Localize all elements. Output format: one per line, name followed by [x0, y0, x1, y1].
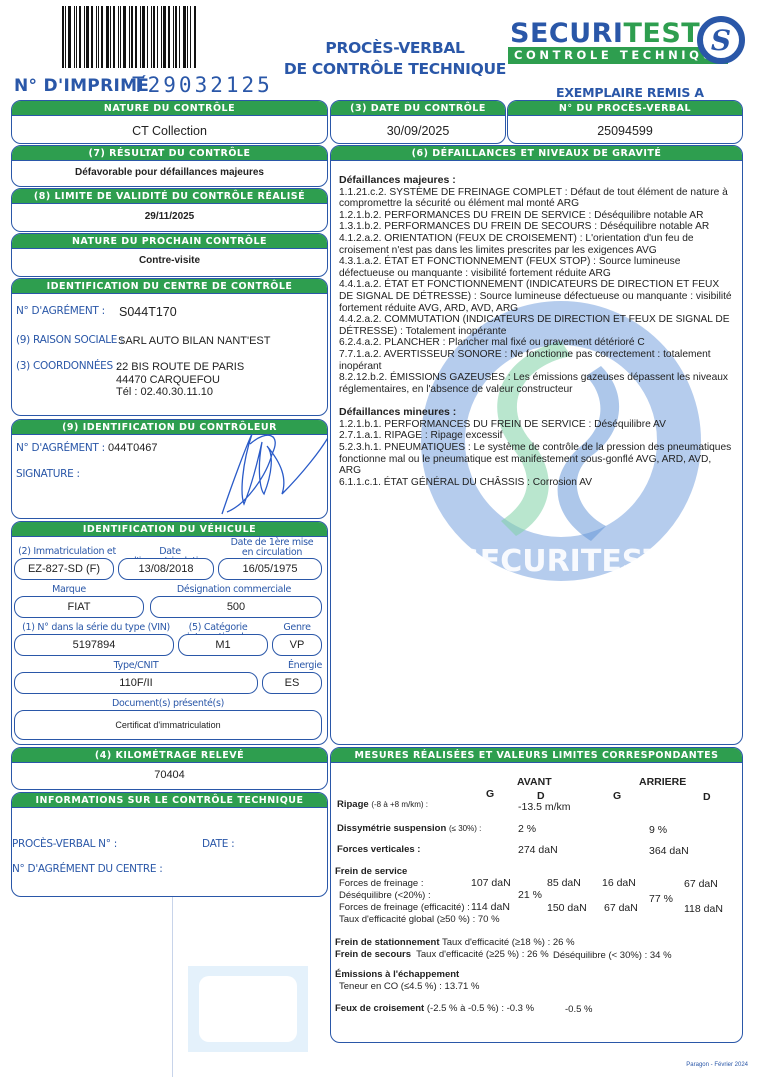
vin-label: (1) N° dans la série du type (VIN) — [12, 623, 180, 633]
signature-label: SIGNATURE : — [16, 468, 80, 480]
defaillances-list: Défaillances majeures : 1.1.21.c.2. SYST… — [331, 161, 742, 488]
coordonnees-value: 22 BIS ROUTE DE PARIS 44470 CARQUEFOU Té… — [116, 361, 244, 399]
secours-deseq: Déséquilibre (< 30%) : 34 % — [553, 950, 672, 961]
genre-field: VP — [272, 634, 322, 656]
section-header: (3) DATE DU CONTRÔLE — [331, 101, 505, 116]
defaillance-item: 4.4.1.a.2. ÉTAT ET FONCTIONNEMENT (INDIC… — [339, 279, 734, 314]
prochain-controle-box: NATURE DU PROCHAIN CONTRÔLE Contre-visit… — [11, 233, 328, 277]
logo-s-icon: S — [697, 16, 745, 64]
type-field: 110F/II — [14, 672, 258, 694]
svg-text:SECURITEST: SECURITEST — [458, 544, 664, 579]
raison-sociale-label: (9) RAISON SOCIALE : — [16, 334, 123, 346]
section-header: IDENTIFICATION DU CENTRE DE CONTRÔLE — [12, 279, 327, 294]
section-header: (7) RÉSULTAT DU CONTRÔLE — [12, 146, 327, 161]
designation-label: Désignation commerciale — [148, 585, 320, 595]
deseq-av: 21 % — [518, 889, 542, 901]
num-pv-value: 25094599 — [508, 116, 742, 138]
marque-field: FIAT — [14, 596, 144, 618]
arriere-header: ARRIERE — [639, 776, 686, 788]
coordonnees-label: (3) COORDONNÉES : — [16, 360, 119, 372]
mesures-box: MESURES RÉALISÉES ET VALEURS LIMITES COR… — [330, 747, 743, 1043]
date-mise-field: 16/05/1975 — [218, 558, 322, 580]
forces-vert-ar: 364 daN — [649, 845, 689, 857]
majeures-title: Défaillances majeures : — [339, 175, 734, 187]
defaillance-item: 5.2.3.h.1. PNEUMATIQUES : Le système de … — [339, 442, 734, 477]
fe-ard: 118 daN — [684, 903, 723, 915]
securitest-logo: SECURITEST — [510, 18, 700, 49]
date-controle-value: 30/09/2025 — [331, 116, 505, 138]
g-header-av: G — [486, 788, 494, 800]
defaillance-item: 2.7.1.a.1. RIPAGE : Ripage excessif — [339, 430, 734, 442]
stamp-area — [188, 966, 308, 1052]
section-header: (4) KILOMÉTRAGE RELEVÉ — [12, 748, 327, 763]
divider — [172, 897, 173, 1077]
documents-label: Document(s) présenté(s) — [14, 699, 322, 709]
mineures-title: Défaillances mineures : — [339, 407, 734, 419]
feux-value2: -0.5 % — [565, 1004, 592, 1015]
type-label: Type/CNIT — [14, 661, 258, 671]
resultat-value: Défavorable pour défaillances majeures — [12, 161, 327, 178]
mineures-list: 1.2.1.b.1. PERFORMANCES DU FREIN DE SERV… — [339, 419, 734, 489]
categorie-field: M1 — [178, 634, 268, 656]
designation-field: 500 — [150, 596, 322, 618]
date-label: DATE : — [202, 838, 234, 850]
ff-ard: 67 daN — [684, 878, 718, 890]
desequilibre-label: Déséquilibre (<20%) : — [339, 890, 431, 901]
section-header: N° DU PROCÈS-VERBAL — [508, 101, 742, 116]
logo-tagline: CONTROLE TECHNIQUE — [508, 47, 728, 64]
section-header: NATURE DU CONTRÔLE — [12, 101, 327, 116]
nature-controle-value: CT Collection — [12, 116, 327, 138]
defaillances-box: (6) DÉFAILLANCES ET NIVEAUX DE GRAVITÉ S… — [330, 145, 743, 745]
footer-text: Paragon - Février 2024 — [686, 1062, 748, 1068]
feux-row: Feux de croisement (-2.5 % à -0.5 %) : -… — [335, 1003, 534, 1014]
agrement-centre-label: N° D'AGRÉMENT DU CENTRE : — [12, 863, 162, 875]
section-header: (6) DÉFAILLANCES ET NIVEAUX DE GRAVITÉ — [331, 146, 742, 161]
immat-field: EZ-827-SD (F) — [14, 558, 114, 580]
avant-header: AVANT — [517, 776, 552, 788]
forces-freinage-label: Forces de freinage : — [339, 878, 424, 889]
co-value: Teneur en CO (≤4.5 %) : 13.71 % — [339, 981, 479, 992]
info-defavorable-box: INFORMATIONS SUR LE CONTRÔLE TECHNIQUE D… — [11, 792, 328, 897]
defaillance-item: 4.4.2.a.2. COMMUTATION (INDICATEURS DE D… — [339, 314, 734, 337]
imprime-number: T29032125 — [132, 73, 273, 97]
date-controle-box: (3) DATE DU CONTRÔLE 30/09/2025 — [330, 100, 506, 144]
dissym-row: Dissymétrie suspension (≤ 30%) : — [337, 823, 481, 834]
imprime-label: N° D'IMPRIMÉ — [14, 76, 149, 96]
documents-field: Certificat d'immatriculation — [14, 710, 322, 740]
nature-controle-box: NATURE DU CONTRÔLE CT Collection — [11, 100, 328, 144]
energie-field: ES — [262, 672, 322, 694]
vehicule-box: IDENTIFICATION DU VÉHICULE (2) Immatricu… — [11, 521, 328, 745]
secours-row: Frein de secours Taux d'efficacité (≥25 … — [335, 949, 549, 960]
defaillance-item: 4.3.1.a.2. ÉTAT ET FONCTIONNEMENT (FEUX … — [339, 256, 734, 279]
defaillance-item: 6.2.4.a.2. PLANCHER : Plancher mal fixé … — [339, 337, 734, 349]
prochain-controle-value: Contre-visite — [12, 249, 327, 266]
ripage-value: -13.5 m/km — [518, 801, 571, 813]
resultat-box: (7) RÉSULTAT DU CONTRÔLE Défavorable pou… — [11, 145, 328, 187]
genre-label: Genre — [272, 623, 322, 633]
section-header: INFORMATIONS SUR LE CONTRÔLE TECHNIQUE D… — [12, 793, 327, 808]
date-mise-label: Date de 1ère miseen circulation — [222, 538, 322, 558]
marque-label: Marque — [14, 585, 124, 595]
defaillance-item: 1.2.1.b.2. PERFORMANCES DU FREIN DE SERV… — [339, 210, 734, 222]
ripage-row: Ripage (-8 à +8 m/km) : — [337, 799, 428, 810]
section-header: MESURES RÉALISÉES ET VALEURS LIMITES COR… — [331, 748, 742, 763]
forces-eff-label: Forces de freinage (efficacité) : — [339, 902, 470, 913]
majeures-list: 1.1.21.c.2. SYSTÈME DE FREINAGE COMPLET … — [339, 187, 734, 396]
dissym-av: 2 % — [518, 823, 536, 835]
defaillance-item: 7.7.1.a.2. AVERTISSEUR SONORE : Ne fonct… — [339, 349, 734, 372]
forces-vert-label: Forces verticales : — [337, 844, 420, 855]
controleur-agrement-label: N° D'AGRÉMENT : — [16, 442, 105, 454]
signature-image — [212, 424, 328, 519]
fe-avd: 150 daN — [547, 902, 587, 914]
limite-validite-box: (8) LIMITE DE VALIDITÉ DU CONTRÔLE RÉALI… — [11, 188, 328, 232]
vin-field: 5197894 — [14, 634, 174, 656]
energie-label: Énergie — [262, 661, 322, 671]
defaillance-item: 1.2.1.b.1. PERFORMANCES DU FREIN DE SERV… — [339, 419, 734, 431]
num-pv-box: N° DU PROCÈS-VERBAL 25094599 — [507, 100, 743, 144]
frein-service-label: Frein de service — [335, 866, 407, 877]
taux-global: Taux d'efficacité global (≥50 %) : 70 % — [339, 914, 500, 925]
d-header-ar: D — [703, 791, 711, 803]
dissym-ar: 9 % — [649, 824, 667, 836]
kilometrage-box: (4) KILOMÉTRAGE RELEVÉ 70404 — [11, 747, 328, 790]
forces-vert-av: 274 daN — [518, 844, 558, 856]
defaillance-item: 6.1.1.c.1. ÉTAT GÉNÉRAL DU CHÂSSIS : Cor… — [339, 477, 734, 489]
centre-agrement-label: N° D'AGRÉMENT : — [16, 305, 105, 317]
limite-validite-value: 29/11/2025 — [12, 204, 327, 222]
ff-avg: 107 daN — [471, 877, 511, 889]
barcode — [62, 6, 200, 68]
controleur-agrement-value: 044T0467 — [108, 442, 158, 454]
ff-avd: 85 daN — [547, 877, 581, 889]
document-title: PROCÈS-VERBAL DE CONTRÔLE TECHNIQUE — [280, 38, 510, 80]
defaillance-item: 1.1.21.c.2. SYSTÈME DE FREINAGE COMPLET … — [339, 187, 734, 210]
defaillance-item: 1.3.1.b.2. PERFORMANCES DU FREIN DE SECO… — [339, 221, 734, 233]
defaillance-item: 8.2.12.b.2. ÉMISSIONS GAZEUSES : Les émi… — [339, 372, 734, 395]
date-immat-field: 13/08/2018 — [118, 558, 214, 580]
emissions-label: Émissions à l'échappement — [335, 969, 459, 980]
kilometrage-value: 70404 — [12, 763, 327, 781]
controleur-box: (9) IDENTIFICATION DU CONTRÔLEUR N° D'AG… — [11, 419, 328, 519]
deseq-ar: 77 % — [649, 893, 673, 905]
centre-box: IDENTIFICATION DU CENTRE DE CONTRÔLE N° … — [11, 278, 328, 416]
stationnement-row: Frein de stationnement Taux d'efficacité… — [335, 937, 575, 948]
defaillance-item: 4.1.2.a.2. ORIENTATION (FEUX DE CROISEME… — [339, 233, 734, 256]
ff-arg: 16 daN — [602, 877, 636, 889]
fe-avg: 114 daN — [471, 901, 510, 913]
section-header: IDENTIFICATION DU VÉHICULE — [12, 522, 327, 537]
fe-arg: 67 daN — [604, 902, 638, 914]
pv-num-label: PROCÈS-VERBAL N° : — [12, 838, 117, 850]
section-header: (8) LIMITE DE VALIDITÉ DU CONTRÔLE RÉALI… — [12, 189, 327, 204]
section-header: NATURE DU PROCHAIN CONTRÔLE — [12, 234, 327, 249]
centre-agrement-value: S044T170 — [119, 305, 177, 319]
raison-sociale-value: SARL AUTO BILAN NANT'EST — [118, 335, 270, 347]
g-header-ar: G — [613, 790, 621, 802]
